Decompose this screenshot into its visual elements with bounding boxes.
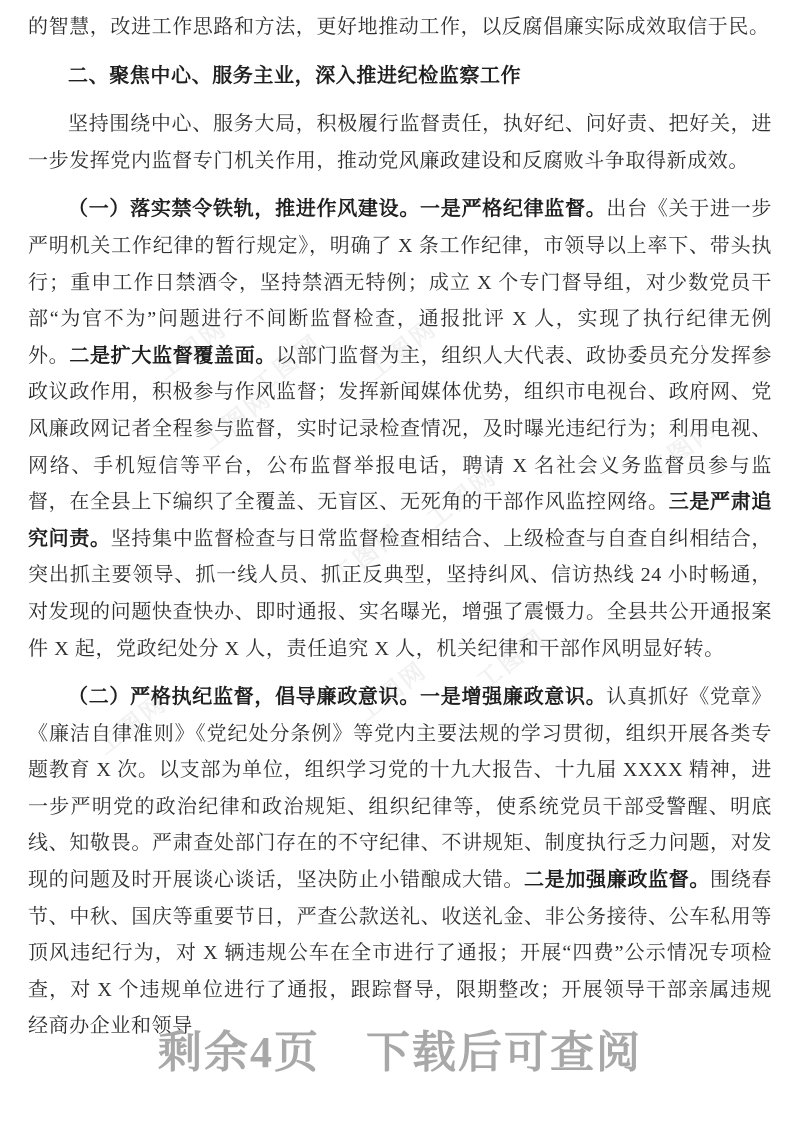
paragraph: 的智慧，改进工作思路和方法，更好地推动工作，以反腐倡廉实际成效取信于民。: [28, 9, 772, 46]
text-run: 以部门监督为主，组织人大代表、政协委员充分发挥参政议政作用，积极参与作风监督；发…: [28, 345, 772, 513]
section-heading: 二、聚焦中心、服务主业，深入推进纪检监察工作: [28, 58, 772, 95]
paragraph: 坚持围绕中心、服务大局，积极履行监督责任，执好纪、问好责、把好关，进一步发挥党内…: [28, 106, 772, 179]
text-run: 坚持集中监督检查与日常监督检查相结合、上级检查与自查自纠相结合，突出抓主要领导、…: [28, 528, 772, 660]
paragraph: （二）严格执纪监督，倡导廉政意识。一是增强廉政意识。认真抓好《党章》《廉洁自律准…: [28, 679, 772, 1045]
bold-run: （一）落实禁令铁轨，推进作风建设。一是严格纪律监督。: [68, 198, 606, 220]
bold-run: （二）严格执纪监督，倡导廉政意识。一是增强廉政意识。: [68, 686, 606, 708]
bold-run: 二、聚焦中心、服务主业，深入推进纪检监察工作: [68, 65, 521, 87]
paragraph: （一）落实禁令铁轨，推进作风建设。一是严格纪律监督。出台《关于进一步严明机关工作…: [28, 191, 772, 667]
text-run: 的智慧，改进工作思路和方法，更好地推动工作，以反腐倡廉实际成效取信于民。: [28, 16, 770, 38]
text-run: 坚持围绕中心、服务大局，积极履行监督责任，执好纪、问好责、把好关，进一步发挥党内…: [28, 113, 772, 172]
document-content: 的智慧，改进工作思路和方法，更好地推动工作，以反腐倡廉实际成效取信于民。二、聚焦…: [28, 9, 772, 1057]
paragraph-container: 的智慧，改进工作思路和方法，更好地推动工作，以反腐倡廉实际成效取信于民。二、聚焦…: [28, 9, 772, 1045]
bold-run: 二是扩大监督覆盖面。: [69, 345, 276, 367]
text-run: 围绕春节、中秋、国庆等重要节日，严查公款送礼、收送礼金、非公务接待、公车私用等顶…: [28, 869, 772, 1037]
download-hint-text: 下载后可查阅: [366, 1028, 642, 1077]
remaining-pages-banner: 剩余4页下载后可查阅: [0, 1016, 800, 1080]
remaining-pages-text: 剩余4页: [158, 1028, 320, 1077]
text-run: 出台《关于进一步严明机关工作纪律的暂行规定》，明确了 X 条工作纪律，市领导以上…: [28, 198, 772, 366]
text-run: 认真抓好《党章》《廉洁自律准则》《党纪处分条例》等党内主要法规的学习贯彻，组织开…: [28, 686, 772, 891]
document-page: 工图网工图网工图网工图网工图网工图网工图网工图网工图网工图网 的智慧，改进工作思…: [0, 0, 800, 1129]
bold-run: 二是加强廉政监督。: [524, 869, 710, 891]
